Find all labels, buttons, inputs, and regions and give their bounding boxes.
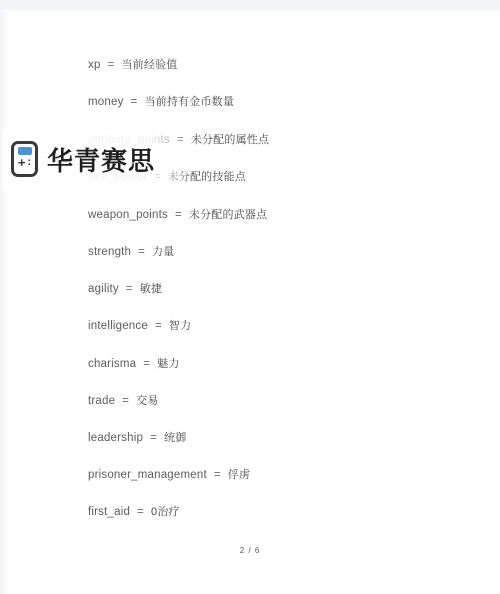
- definition-row: leadership=统御: [88, 430, 186, 446]
- variable-name: prisoner_management: [88, 469, 207, 481]
- equals-sign: =: [126, 283, 133, 295]
- variable-description: 当前经验值: [121, 59, 177, 71]
- variable-name: xp: [88, 59, 101, 71]
- variable-name: leadership: [88, 432, 143, 444]
- variable-description: 力量: [152, 246, 174, 258]
- definition-row: charisma=魅力: [88, 356, 180, 372]
- equals-sign: =: [175, 209, 182, 221]
- variable-name: money: [88, 96, 124, 108]
- definition-row: money=当前持有金币数量: [88, 94, 234, 110]
- variable-description: 0治疗: [151, 506, 180, 518]
- viewer-top-strip: [0, 0, 500, 11]
- definition-row: weapon_points=未分配的武器点: [88, 207, 267, 223]
- equals-sign: =: [150, 432, 157, 444]
- brand-name: 华青赛思: [47, 141, 155, 178]
- definition-row: agility=敏捷: [88, 281, 162, 297]
- dots-key: :: [27, 157, 31, 168]
- variable-description: 俘虏: [228, 469, 250, 481]
- variable-description: 未分配的属性点: [191, 134, 269, 146]
- variable-description: 未分配的武器点: [189, 209, 267, 221]
- plus-key: +: [18, 156, 26, 169]
- equals-sign: =: [143, 358, 150, 370]
- calculator-keys: + :: [18, 156, 31, 169]
- variable-name: trade: [88, 395, 115, 407]
- definition-row: first_aid=0治疗: [88, 504, 180, 520]
- variable-description: 魅力: [157, 358, 179, 370]
- variable-name: first_aid: [88, 506, 130, 518]
- variable-name: intelligence: [88, 320, 148, 332]
- definition-row: intelligence=智力: [88, 318, 191, 334]
- variable-description: 敏捷: [140, 283, 162, 295]
- variable-description: 交易: [136, 395, 158, 407]
- variable-description: 当前持有金币数量: [144, 96, 234, 108]
- calculator-screen: [18, 147, 32, 155]
- variable-description: 统御: [164, 432, 186, 444]
- definition-row: strength=力量: [88, 244, 174, 260]
- equals-sign: =: [122, 395, 129, 407]
- variable-name: charisma: [88, 358, 136, 370]
- variable-name: weapon_points: [88, 209, 168, 221]
- equals-sign: =: [108, 59, 115, 71]
- equals-sign: =: [138, 246, 145, 258]
- definition-row: prisoner_management=俘虏: [88, 467, 250, 483]
- equals-sign: =: [155, 320, 162, 332]
- variable-description: 智力: [169, 320, 191, 332]
- brand-watermark: + : 华青赛思: [2, 127, 194, 191]
- definition-row: trade=交易: [88, 393, 159, 409]
- variable-name: strength: [88, 246, 131, 258]
- calculator-icon: + :: [11, 141, 38, 177]
- equals-sign: =: [214, 469, 221, 481]
- page-indicator: 2 / 6: [0, 546, 500, 555]
- equals-sign: =: [131, 96, 138, 108]
- viewer-left-gutter: [0, 9, 10, 594]
- definition-row: xp=当前经验值: [88, 57, 177, 73]
- equals-sign: =: [137, 506, 144, 518]
- variable-name: agility: [88, 283, 119, 295]
